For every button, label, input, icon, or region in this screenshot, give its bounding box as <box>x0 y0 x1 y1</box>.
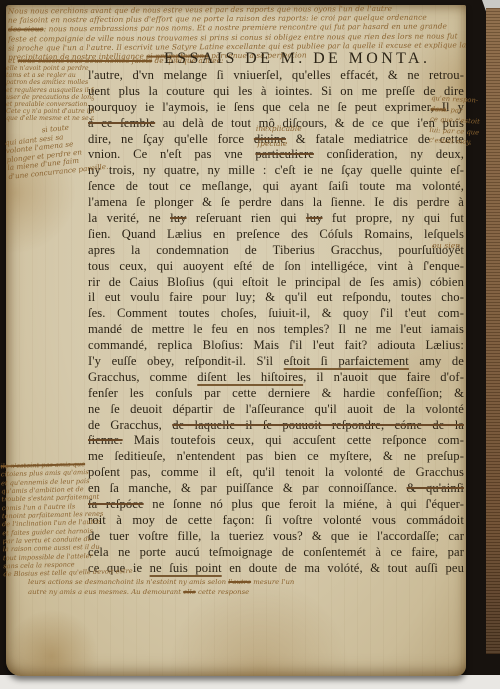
text-segment: commandé, replica Bloſius: Mais ſ'il l'e… <box>88 338 464 352</box>
text-segment: poſent pas, comme il eſt, qu'il tenoit l… <box>88 465 464 479</box>
printed-line: ſienne. Mais toutefois ceux, qui accuſen… <box>88 433 464 449</box>
book-page: Nous nous cerchions avant que de nous es… <box>6 5 466 676</box>
printed-line: mandé de mettre le feu en nos temples? I… <box>88 322 464 338</box>
text-segment: pourquoy ie l'aymois, ie ſens que cela n… <box>88 100 464 114</box>
text-segment: ne ſe deuoit départir de l'aſſeurance qu… <box>88 402 464 416</box>
text-segment: autre ny amis a eus mesmes. Au demourant <box>28 588 183 596</box>
text-segment: fut propre, ny qui fut <box>323 211 464 225</box>
text-segment: amy de <box>409 354 464 368</box>
handwritten-line: autre ny amis a eus mesmes. Au demourant… <box>28 587 358 597</box>
text-segment: la verité, ne <box>88 211 170 225</box>
printed-text-block: l'autre, d'vn melange ſi vniuerſel, qu'e… <box>88 68 464 577</box>
printed-line: l'autre, d'vn melange ſi vniuerſel, qu'e… <box>88 68 464 84</box>
text-segment: Mais toutefois ceux, qui accuſent cette … <box>123 433 464 447</box>
left-margin-annotation-lower: ils n'estoint pas amis quecitoiens plus … <box>0 460 103 579</box>
text-segment: Gracchus, comme <box>88 370 197 384</box>
text-segment: me ſeditieuſe, n'entendent pas bien ce m… <box>88 449 464 463</box>
printed-line: commandé, replica Bloſius: Mais ſ'il l'e… <box>88 338 464 354</box>
printed-line: poſent pas, comme il eſt, qu'il tenoit l… <box>88 465 464 481</box>
text-segment: & qu'ainſi <box>407 481 464 495</box>
printed-line: ſa reſpóce ne ſonne nó plus que feroit l… <box>88 497 464 513</box>
printed-line: ſes. Comment toutes choſes, ſuiuit-il, &… <box>88 306 464 322</box>
interlinear-insertion: ſpeciale <box>257 140 287 147</box>
text-segment: dant <box>430 105 446 114</box>
printed-line: ſien. Quand Lælius en preſence des Cóſul… <box>88 227 464 243</box>
text-segment: diſent les hiſtoires <box>197 370 303 384</box>
text-segment: eſtoit ſi parfaictement <box>284 354 409 368</box>
text-segment: il eut voulu faire pour luy; & qu'il eut… <box>88 290 464 304</box>
text-segment: rir de Caius Bloſius (qui eſtoit le prin… <box>88 275 464 289</box>
right-margin-annotation: qu'en respon-dant: parce que c'estoitlui… <box>429 93 500 150</box>
text-segment: l'autre, d'vn melange ſi vniuerſel, qu'e… <box>88 68 464 82</box>
page-title: ESSAIS DE M. DE MONTA. <box>164 50 430 68</box>
printed-line: il eut voulu faire pour luy; & qu'il eut… <box>88 290 464 306</box>
text-segment: nous estions tous deus homes faicts <box>18 56 152 65</box>
right-margin-sien-note: ou sien <box>432 241 460 250</box>
printed-line: ny trois, ny quatre, ny mille : c'eſt ie… <box>88 163 464 179</box>
text-segment: de tuer voſtre fille, la tueriez vous? &… <box>88 529 464 543</box>
printed-line: ſence de tout ce meſlange, qui ayant ſai… <box>88 179 464 195</box>
text-segment: fenſer les conſuls par cette derniere & … <box>88 386 464 400</box>
text-segment: des cieus <box>8 25 44 34</box>
text-segment: ſien. Quand Lælius en preſence des Cóſul… <box>88 227 464 241</box>
text-segment: en ſa manche, & par puiſſance & par conn… <box>88 481 407 495</box>
text-segment: l'amena ſe plonger & ſe perdre dans la ſ… <box>88 195 464 209</box>
text-segment: Cete cy n'a point d'autre idee <box>6 108 94 115</box>
handwritten-line: Cete cy n'a point d'autre idee <box>6 108 94 115</box>
printed-line: de Gracchus, de laquelle il ſe pouuoit r… <box>88 418 464 434</box>
text-segment: tous ceux, qui auoyent eſté de ſon intel… <box>88 259 464 273</box>
text-segment: particuliereſpeciale <box>255 147 314 161</box>
printed-line: ne ſe deuoit départir de l'aſſeurance qu… <box>88 402 464 418</box>
printed-line: l'amena ſe plonger & ſe perdre dans la ſ… <box>88 195 464 211</box>
text-segment: ce que c'estoit <box>430 115 480 126</box>
text-segment: roit à moy de cette façon: ſi voſtre vol… <box>88 513 464 527</box>
text-segment: dire, ne ſçay qu'elle force <box>88 132 254 146</box>
text-segment: I'y euſſe obey, reſpondit-il. S'il <box>88 354 284 368</box>
text-segment: l'autre <box>228 578 251 586</box>
text-segment: ne ſonne nó plus que feroit la miéne, à … <box>144 497 464 511</box>
handwritten-line: leurs actions se desmanchoint ils n'esto… <box>28 577 358 587</box>
printed-line: ce que ie ne ſuis point en doute de ma v… <box>88 561 464 577</box>
handwritten-line: elle n'avoit point a perdre <box>6 65 94 72</box>
handwritten-line: et regulieres ausquelles il faut <box>6 87 94 94</box>
printed-line: me ſeditieuſe, n'entendent pas bien ce m… <box>88 449 464 465</box>
text-segment: ſes. Comment toutes choſes, ſuiuit-il, &… <box>88 306 464 320</box>
text-segment: uent plus la couture qui les à iointes. … <box>88 84 464 98</box>
text-segment: ny trois, ny quatre, ny mille : c'eſt ie… <box>88 163 464 177</box>
text-segment: c'estoit moy, <box>429 136 472 146</box>
text-segment: et prealable conversation. <box>6 101 89 108</box>
text-segment: cette response <box>196 588 249 596</box>
printed-line: rir de Caius Bloſius (qui eſtoit le prin… <box>88 275 464 291</box>
printed-line: en ſa manche, & par puiſſance & par conn… <box>88 481 464 497</box>
text-segment: leurs actions se desmanchoint ils n'esto… <box>28 578 228 586</box>
text-segment: , il n'auoit que faire d'of- <box>303 370 464 384</box>
text-segment: de Gracchus, <box>88 418 172 432</box>
text-segment: luy <box>306 211 322 225</box>
left-margin-annotation-upper: elle n'avoit point a perdretams et a se … <box>6 65 94 123</box>
printed-line: I'y euſſe obey, reſpondit-il. S'il eſtoi… <box>88 354 464 370</box>
below-text-annotation: leurs actions se desmanchoint ils n'esto… <box>28 577 358 597</box>
left-margin-annotation-middle: si toutequi aiant sesi savolonte l'amena… <box>4 120 109 182</box>
text-segment: ſence de tout ce meſlange, qui ayant ſai… <box>88 179 464 193</box>
text-segment: user de precautions de longue <box>6 94 94 101</box>
printed-line: pourquoy ie l'aymois, ie ſens que cela n… <box>88 100 464 116</box>
text-segment: mandé de mettre le feu en nos temples? I… <box>88 322 464 336</box>
book-photo: Nous nous cerchions avant que de nous es… <box>0 0 500 689</box>
printed-line: Gracchus, comme diſent les hiſtoires, il… <box>88 370 464 386</box>
text-segment: elle <box>183 588 196 596</box>
handwritten-line: et prealable conversation. <box>6 101 94 108</box>
text-segment: et <box>8 56 18 65</box>
text-segment: en doute de ma volóté, & tout auſſi peu <box>222 561 464 575</box>
text-segment: et regulieres ausquelles il faut <box>6 87 94 94</box>
text-segment: au delà de tout mô diſcours, & de ce que… <box>155 116 464 130</box>
text-segment: conſideration, ny deux, <box>314 147 464 161</box>
text-segment: vnion. Ce n'eſt pas vne <box>88 147 255 161</box>
text-segment: patron des amitiez molles <box>6 79 88 86</box>
printed-line: tous ceux, qui auoyent eſté de ſon intel… <box>88 259 464 275</box>
printed-line: fenſer les conſuls par cette derniere & … <box>88 386 464 402</box>
handwritten-line: user de precautions de longue <box>6 94 94 101</box>
text-segment: mesure l'un <box>251 578 294 586</box>
text-segment: qu'en respon- <box>431 94 478 104</box>
text-segment: reſeruant rien qui <box>187 211 307 225</box>
handwritten-line: patron des amitiez molles <box>6 79 94 86</box>
printed-line: cela ne porte aucú teſmoignage de conſen… <box>88 545 464 561</box>
printed-line: uent plus la couture qui les à iointes. … <box>88 84 464 100</box>
printed-line: roit à moy de cette façon: ſi voſtre vol… <box>88 513 464 529</box>
text-segment: de laquelle il ſe pouuoit reſpondre, cóm… <box>172 418 464 432</box>
text-segment: apres la condemnation de Tiberius Gracch… <box>88 243 464 257</box>
text-segment: elle n'avoit point a perdre <box>6 65 89 72</box>
text-segment: ne ſuis point <box>150 561 222 575</box>
interlinear-insertion: inexplicable <box>256 125 302 132</box>
table-surface <box>0 675 500 689</box>
text-segment: ſienne. <box>88 433 123 447</box>
printed-line: vnion. Ce n'eſt pas vne particuliereſpec… <box>88 147 464 163</box>
text-segment: tams et a se regler au <box>6 72 76 79</box>
printed-line: la verité, ne luy reſeruant rien qui luy… <box>88 211 464 227</box>
text-segment: cela ne porte aucú teſmoignage de conſen… <box>88 545 464 559</box>
text-segment: : par <box>446 105 463 114</box>
printed-line: apres la condemnation de Tiberius Gracch… <box>88 243 464 259</box>
printed-line: de tuer voſtre fille, la tueriez vous? &… <box>88 529 464 545</box>
handwritten-line: tams et a se regler au <box>6 72 94 79</box>
text-segment: luy <box>170 211 186 225</box>
